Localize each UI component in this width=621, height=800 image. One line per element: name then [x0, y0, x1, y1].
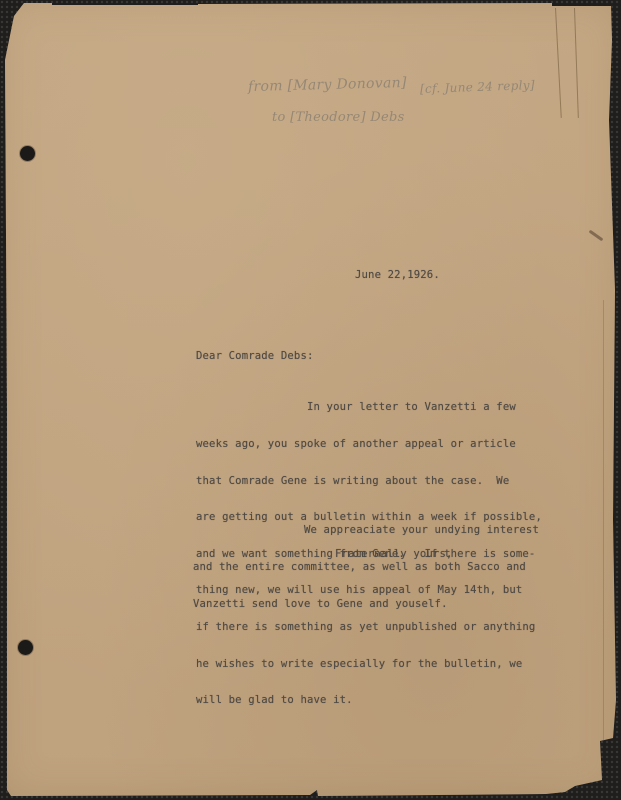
- text-line: We appreaciate your undying interest: [193, 524, 539, 536]
- annotation-from: from [Mary Donovan]: [248, 75, 407, 95]
- text-line: weeks ago, you spoke of another appeal o…: [196, 438, 542, 450]
- text-line: will be glad to have it.: [196, 694, 542, 706]
- text-line: he wishes to write especially for the bu…: [196, 658, 542, 670]
- text-line: that Comrade Gene is writing about the c…: [196, 475, 542, 487]
- text-line: Vanzetti send love to Gene and youself.: [193, 598, 539, 610]
- paper-fold-line: [603, 300, 604, 740]
- paper-fold-line: [555, 8, 562, 118]
- pencil-mark: [589, 230, 604, 242]
- paper-fold-line: [574, 8, 579, 118]
- letter-paragraph-2: We appreaciate your undying interest and…: [193, 500, 539, 634]
- letter-page: from [Mary Donovan] [cf. June 24 reply] …: [0, 0, 621, 800]
- annotation-to: to [Theodore] Debs: [272, 110, 405, 125]
- letter-closing: Fraternally yours,: [335, 548, 453, 560]
- annotation-reply-note: [cf. June 24 reply]: [420, 78, 535, 96]
- punch-hole-icon: [18, 640, 33, 655]
- letter-salutation: Dear Comrade Debs:: [196, 350, 314, 362]
- letter-date: June 22,1926.: [355, 269, 440, 281]
- text-line: and the entire committee, as well as bot…: [193, 561, 539, 573]
- text-line: In your letter to Vanzetti a few: [196, 401, 542, 413]
- punch-hole-icon: [20, 146, 35, 161]
